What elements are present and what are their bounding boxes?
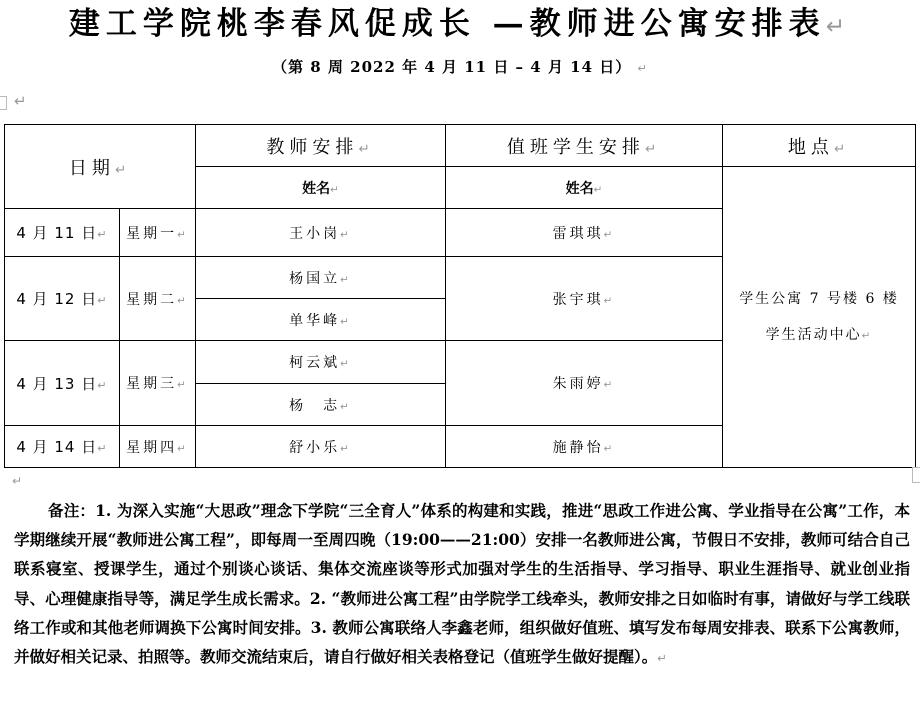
paragraph-mark-icon: ↵ xyxy=(177,443,189,455)
date-cell: 4 月 13 日↵ xyxy=(5,341,120,426)
paragraph-mark-icon: ↵ xyxy=(826,13,851,40)
weekday-text: 星期四 xyxy=(126,440,177,456)
date-text: 4 月 13 日 xyxy=(16,375,97,393)
header-teacher-arrangement: 教师安排↵ xyxy=(196,125,446,167)
teacher-cell: 柯云斌↵ xyxy=(196,341,446,384)
teacher-name: 杨国立 xyxy=(289,271,340,287)
teacher-name: 舒小乐 xyxy=(289,440,340,456)
weekday-cell: 星期四↵ xyxy=(120,426,196,468)
document-title: 建工学院桃李春风促成长 —教师进公寓安排表↵ xyxy=(0,4,920,47)
weekday-text: 星期二 xyxy=(126,292,177,308)
teacher-cell: 杨国立↵ xyxy=(196,257,446,299)
table-anchor-icon[interactable] xyxy=(0,96,7,110)
weekday-text: 星期三 xyxy=(126,376,177,392)
paragraph-mark-icon: ↵ xyxy=(340,229,352,241)
weekday-text: 星期一 xyxy=(126,226,177,242)
student-cell: 施静怡↵ xyxy=(446,426,723,468)
teacher-name-label: 姓名 xyxy=(302,181,330,197)
schedule-table: 日期↵ 教师安排↵ 值班学生安排↵ 地点↵ 姓名↵ 姓名↵ 学生公寓 7 号楼 … xyxy=(4,124,916,468)
paragraph-mark-icon: ↵ xyxy=(330,184,339,196)
paragraph-mark-icon: ↵ xyxy=(604,229,616,241)
paragraph-mark-icon: ↵ xyxy=(115,162,131,178)
header-teacher-label: 教师安排 xyxy=(266,137,358,158)
header-location-label: 地点 xyxy=(788,137,834,158)
teacher-name: 王小岗 xyxy=(289,226,340,242)
document-subtitle: （第 8 周 2022 年 4 月 11 日 – 4 月 14 日） ↵ xyxy=(0,57,920,79)
notes-paragraph: 备注：1. 为深入实施“大思政”理念下学院“三全育人”体系的构建和实践，推进“思… xyxy=(14,496,910,673)
location-line-2: 学生活动中心 xyxy=(766,327,862,343)
paragraph-mark-icon: ↵ xyxy=(97,294,107,307)
paragraph-mark-icon: ↵ xyxy=(340,443,352,455)
weekday-cell: 星期一↵ xyxy=(120,209,196,257)
location-cell: 学生公寓 7 号楼 6 楼 学生活动中心↵ xyxy=(723,167,916,468)
date-text: 4 月 11 日 xyxy=(16,224,97,242)
paragraph-mark-icon: ↵ xyxy=(12,474,22,488)
location-line-1: 学生公寓 7 号楼 6 楼 xyxy=(723,281,915,317)
paragraph-mark-icon: ↵ xyxy=(645,141,661,157)
paragraph-mark-icon: ↵ xyxy=(97,442,107,455)
teacher-cell: 舒小乐↵ xyxy=(196,426,446,468)
subtitle-text: （第 8 周 2022 年 4 月 11 日 – 4 月 14 日） xyxy=(272,58,631,76)
paragraph-mark-icon: ↵ xyxy=(340,401,352,413)
weekday-cell: 星期二↵ xyxy=(120,257,196,341)
student-name-label: 姓名 xyxy=(566,181,594,197)
student-name: 施静怡 xyxy=(553,440,604,456)
date-cell: 4 月 12 日↵ xyxy=(5,257,120,341)
weekday-cell: 星期三↵ xyxy=(120,341,196,426)
student-name: 朱雨婷 xyxy=(553,376,604,392)
teacher-name: 杨 志 xyxy=(289,398,340,414)
date-text: 4 月 12 日 xyxy=(16,290,97,308)
paragraph-mark-icon: ↵ xyxy=(358,141,374,157)
student-name: 张宇琪 xyxy=(553,292,604,308)
table-resize-handle[interactable] xyxy=(912,467,920,483)
paragraph-mark-icon: ↵ xyxy=(594,184,603,196)
paragraph-mark-icon: ↵ xyxy=(638,62,648,75)
header-row: 日期↵ 教师安排↵ 值班学生安排↵ 地点↵ xyxy=(5,125,916,167)
header-student-label: 值班学生安排 xyxy=(507,137,645,158)
paragraph-mark-icon: ↵ xyxy=(177,229,189,241)
paragraph-mark-icon: ↵ xyxy=(604,379,616,391)
date-text: 4 月 14 日 xyxy=(16,438,97,456)
paragraph-mark-icon: ↵ xyxy=(177,379,189,391)
teacher-cell: 单华峰↵ xyxy=(196,299,446,341)
date-cell: 4 月 14 日↵ xyxy=(5,426,120,468)
title-text: 建工学院桃李春风促成长 —教师进公寓安排表 xyxy=(69,6,826,42)
paragraph-mark-icon: ↵ xyxy=(97,228,107,241)
paragraph-mark-icon: ↵ xyxy=(862,330,873,342)
paragraph-mark-icon: ↵ xyxy=(604,295,616,307)
header-date-label: 日期 xyxy=(69,158,115,179)
paragraph-mark-icon: ↵ xyxy=(97,379,107,392)
notes-text: 备注：1. 为深入实施“大思政”理念下学院“三全育人”体系的构建和实践，推进“思… xyxy=(14,501,910,666)
subheader-student-name: 姓名↵ xyxy=(446,167,723,209)
student-cell: 朱雨婷↵ xyxy=(446,341,723,426)
paragraph-mark-icon: ↵ xyxy=(177,295,189,307)
teacher-cell: 王小岗↵ xyxy=(196,209,446,257)
header-location: 地点↵ xyxy=(723,125,916,167)
subheader-teacher-name: 姓名↵ xyxy=(196,167,446,209)
paragraph-mark-icon: ↵ xyxy=(340,358,352,370)
student-cell: 张宇琪↵ xyxy=(446,257,723,341)
header-student-arrangement: 值班学生安排↵ xyxy=(446,125,723,167)
teacher-name: 单华峰 xyxy=(289,313,340,329)
paragraph-mark-icon: ↵ xyxy=(340,316,352,328)
paragraph-mark-icon: ↵ xyxy=(657,651,667,665)
paragraph-mark-icon: ↵ xyxy=(340,274,352,286)
date-cell: 4 月 11 日↵ xyxy=(5,209,120,257)
teacher-name: 柯云斌 xyxy=(289,355,340,371)
student-cell: 雷琪琪↵ xyxy=(446,209,723,257)
paragraph-mark-icon: ↵ xyxy=(834,141,850,157)
paragraph-mark-icon: ↵ xyxy=(604,443,616,455)
paragraph-mark-icon: ↵ xyxy=(14,92,27,110)
header-date: 日期↵ xyxy=(5,125,196,209)
teacher-cell: 杨 志↵ xyxy=(196,384,446,426)
student-name: 雷琪琪 xyxy=(553,226,604,242)
